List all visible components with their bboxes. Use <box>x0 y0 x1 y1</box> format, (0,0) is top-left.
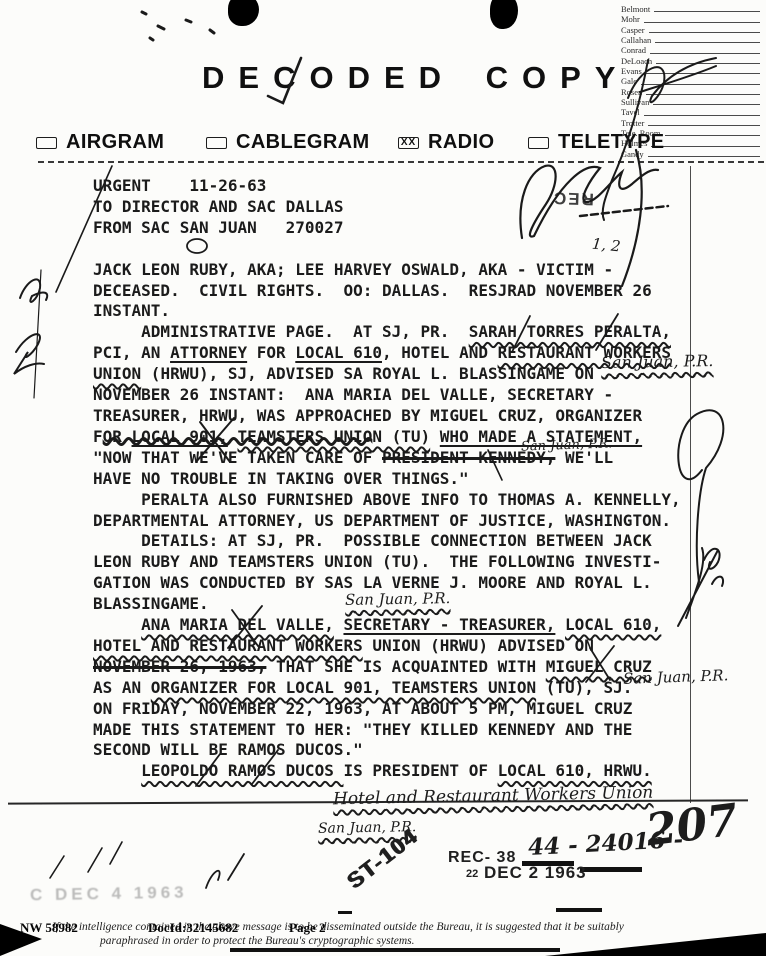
message-text: MADE THIS STATEMENT TO HER: "THEY KILLED… <box>93 720 632 739</box>
message-text: FOR <box>247 343 295 362</box>
message-text <box>228 427 238 446</box>
message-text <box>93 615 141 634</box>
distribution-fill-line <box>654 11 760 12</box>
date-received-year: 1963 <box>545 863 587 882</box>
black-corner-triangle <box>0 924 42 956</box>
form-type-radio: XXRADIO <box>398 131 494 154</box>
distribution-name: Conrad <box>621 45 646 55</box>
short-rule-artifact <box>556 908 602 912</box>
message-line: ADMINISTRATIVE PAGE. AT SJ, PR. SARAH TO… <box>93 322 697 343</box>
footer-notice-line1: If the intelligence contained in the abo… <box>52 921 624 933</box>
message-text-marked: TEAMSTERS UNION (TU) <box>238 427 431 446</box>
distribution-row: Evans <box>621 66 762 76</box>
message-text-marked: NOVEMBER 26, 1963, <box>93 657 266 676</box>
message-text: DEPARTMENTAL ATTORNEY, US DEPARTMENT OF … <box>93 511 671 530</box>
handwritten-san-juan-4: San Juan, P.R. <box>623 666 729 688</box>
distribution-row: Casper <box>621 25 762 35</box>
message-text: DETAILS: AT SJ, PR. POSSIBLE CONNECTION … <box>93 531 652 550</box>
message-text: THAT SHE IS ACQUAINTED WITH <box>266 657 545 676</box>
form-type-label: RADIO <box>428 131 494 154</box>
date-received-date: DEC 2 <box>484 863 539 882</box>
message-text <box>93 239 103 258</box>
message-text-marked: LOCAL 901, <box>132 427 228 446</box>
message-line: HOTEL AND RESTAURANT WORKERS UNION (HRWU… <box>93 636 697 657</box>
dashed-separator <box>38 161 764 163</box>
thick-rule-artifact <box>230 948 560 952</box>
hole-punch-mark <box>228 0 259 26</box>
distribution-name: Mohr <box>621 14 640 24</box>
distribution-fill-line <box>641 84 760 85</box>
message-text: SECOND WILL BE RAMOS DUCOS." <box>93 740 363 759</box>
message-text-marked: SARAH TORRES PERALTA, <box>469 322 671 341</box>
form-type-label: TELETYPE <box>558 131 665 154</box>
margin-line <box>34 270 41 398</box>
message-text <box>430 427 440 446</box>
nara-overlay-page: Page 2 <box>289 920 325 936</box>
date-received-day: 22 <box>466 868 478 880</box>
distribution-fill-line <box>655 42 760 43</box>
message-text: INSTANT. <box>93 301 170 320</box>
distribution-row: Mohr <box>621 14 762 24</box>
message-line: JACK LEON RUBY, AKA; LEE HARVEY OSWALD, … <box>93 260 697 281</box>
message-text: URGENT 11-26-63 <box>93 176 266 195</box>
message-line: MADE THIS STATEMENT TO HER: "THEY KILLED… <box>93 720 697 741</box>
distribution-fill-line <box>656 63 760 64</box>
checkbox-cablegram <box>206 137 227 149</box>
message-text-marked: NOW THAT WE'VE TAKEN CARE OF <box>103 448 373 467</box>
date-received-stamp: 22 DEC 2 1963 <box>466 863 587 883</box>
checkbox-airgram <box>36 137 57 149</box>
message-text-marked: UNION <box>93 364 141 383</box>
message-line: PERALTA ALSO FURNISHED ABOVE INFO TO THO… <box>93 490 697 511</box>
message-text: IS PRESIDENT OF <box>343 761 497 780</box>
nara-overlay-docid: DocId:32145682 <box>148 920 238 936</box>
message-text: NOVEMBER 26 INSTANT: ANA MARIA DEL VALLE… <box>93 385 613 404</box>
message-text: TO DIRECTOR AND SAC DALLAS <box>93 197 343 216</box>
message-text: UNION (HRWU) ADVISED ON <box>363 636 594 655</box>
message-line: URGENT 11-26-63 <box>93 176 697 197</box>
message-line: LEON RUBY AND TEAMSTERS UNION (TU). THE … <box>93 552 697 573</box>
message-text: FOR <box>93 427 132 446</box>
handwritten-underline-bar <box>580 867 642 872</box>
handwritten-san-juan-3: San Juan, P.R. <box>345 589 451 609</box>
distribution-name: Casper <box>621 25 645 35</box>
handwritten-page-marks: 1, 2 <box>591 235 621 256</box>
message-text: GATION WAS CONDUCTED BY SAS LA VERNE J. … <box>93 573 652 592</box>
message-line: INSTANT. <box>93 301 697 322</box>
margin-initials <box>14 334 44 374</box>
message-line: TREASURER, HRWU, WAS APPROACHED BY MIGUE… <box>93 406 697 427</box>
small-dash-artifact <box>338 911 352 914</box>
handwritten-squiggle <box>206 854 244 888</box>
message-text-marked: LOCAL 610 <box>295 343 382 362</box>
form-type-label: AIRGRAM <box>66 131 164 154</box>
message-body: URGENT 11-26-63TO DIRECTOR AND SAC DALLA… <box>93 176 697 782</box>
distribution-row: DeLoach <box>621 56 762 66</box>
decoded-copy-document: BelmontMohrCasperCallahanConradDeLoachEv… <box>0 0 766 956</box>
distribution-fill-line <box>653 104 760 105</box>
handwritten-union-name: Hotel and Restaurant Workers Union <box>333 783 654 810</box>
margin-initials <box>20 279 47 302</box>
message-text: PERALTA ALSO FURNISHED ABOVE INFO TO THO… <box>93 490 681 509</box>
message-line: AS AN ORGANIZER FOR LOCAL 901, TEAMSTERS… <box>93 678 697 699</box>
message-text: DECEASED. CIVIL RIGHTS. OO: DALLAS. RESJ… <box>93 281 652 300</box>
footer-notice-line2: paraphrased in order to protect the Bure… <box>100 935 415 947</box>
distribution-fill-line <box>646 73 760 74</box>
checkbox-teletype <box>528 137 549 149</box>
distribution-fill-line <box>648 156 760 157</box>
message-line: ANA MARIA DEL VALLE, SECRETARY - TREASUR… <box>93 615 697 636</box>
distribution-row: Conrad <box>621 45 762 55</box>
message-text: FROM SAC SAN JUAN 270027 <box>93 218 343 237</box>
message-text-marked: SECRETARY - TREASURER, <box>343 615 555 634</box>
distribution-name: Belmont <box>621 4 650 14</box>
distribution-row: Rosen <box>621 87 762 97</box>
message-text: " <box>93 448 103 467</box>
message-text: ADMINISTRATIVE PAGE. AT SJ, PR. <box>93 322 469 341</box>
message-text: JACK LEON RUBY, AKA; LEE HARVEY OSWALD, … <box>93 260 613 279</box>
distribution-row: Gale <box>621 76 762 86</box>
message-line: ON FRIDAY, NOVEMBER 22, 1963, AT ABOUT 5… <box>93 699 697 720</box>
distribution-name: Trotter <box>621 118 644 128</box>
faint-date-stamp: C DEC 4 1963 <box>30 883 188 906</box>
message-line: NOVEMBER 26 INSTANT: ANA MARIA DEL VALLE… <box>93 385 697 406</box>
distribution-fill-line <box>649 32 760 33</box>
distribution-row: Belmont <box>621 4 762 14</box>
ink-speck <box>142 12 214 40</box>
distribution-name: Sullivan <box>621 97 649 107</box>
message-text: BLASSINGAME. <box>93 594 209 613</box>
message-text: , HOTEL AND <box>382 343 498 362</box>
distribution-row: Callahan <box>621 35 762 45</box>
black-wedge-artifact <box>545 933 766 956</box>
distribution-fill-line <box>650 53 760 54</box>
message-text-marked: ANA MARIA DEL VALLE, <box>141 615 334 634</box>
message-text-marked: LOCAL 610, HRWU. <box>498 761 652 780</box>
distribution-name: Tavel <box>621 107 640 117</box>
page-title: DECODED COPY <box>202 60 629 96</box>
message-text: AS AN <box>93 678 151 697</box>
slash-mark <box>50 842 122 878</box>
message-text: LEON RUBY AND TEAMSTERS UNION (TU). THE … <box>93 552 661 571</box>
message-line: SECOND WILL BE RAMOS DUCOS." <box>93 740 697 761</box>
message-text <box>372 448 382 467</box>
distribution-row: Trotter <box>621 118 762 128</box>
message-text-marked: ORGANIZER FOR LOCAL 901, TEAMSTERS UNION <box>151 678 536 697</box>
distribution-name: Callahan <box>621 35 651 45</box>
message-text <box>555 615 565 634</box>
message-text-marked: LEOPOLDO RAMOS DUCOS <box>141 761 343 780</box>
message-line: DETAILS: AT SJ, PR. POSSIBLE CONNECTION … <box>93 531 697 552</box>
message-text-marked: ATTORNEY <box>170 343 247 362</box>
distribution-row: Sullivan <box>621 97 762 107</box>
form-type-teletype: TELETYPE <box>528 131 665 154</box>
message-line: NOVEMBER 26, 1963, THAT SHE IS ACQUAINTE… <box>93 657 697 678</box>
handwritten-san-juan-1: San Juan, P.R. <box>601 351 714 372</box>
message-line: DEPARTMENTAL ATTORNEY, US DEPARTMENT OF … <box>93 511 697 532</box>
message-text: (HRWU), SJ, ADVISED SA ROYAL L. BLASSING… <box>141 364 603 383</box>
hole-punch-mark <box>490 0 518 29</box>
message-text: (TU), SJ. <box>536 678 632 697</box>
message-text: HAVE NO TROUBLE IN TAKING OVER THINGS." <box>93 469 469 488</box>
handwritten-san-juan-2: San Juan, P.R. <box>521 436 613 454</box>
distribution-fill-line <box>648 125 760 126</box>
message-line: TO DIRECTOR AND SAC DALLAS <box>93 197 697 218</box>
distribution-fill-line <box>651 146 760 147</box>
form-type-airgram: AIRGRAM <box>36 131 164 154</box>
message-text: PCI, AN <box>93 343 170 362</box>
message-text: ON FRIDAY, NOVEMBER 22, 1963, AT ABOUT 5… <box>93 699 632 718</box>
distribution-fill-line <box>644 115 760 116</box>
distribution-row: Tavel <box>621 107 762 117</box>
message-text <box>93 761 141 780</box>
rec-stamp-upside-down: REC <box>552 187 595 208</box>
distribution-fill-line <box>646 94 760 95</box>
message-line: HAVE NO TROUBLE IN TAKING OVER THINGS." <box>93 469 697 490</box>
form-type-cablegram: CABLEGRAM <box>206 131 370 154</box>
handwritten-file-number-suffix: 207 <box>643 795 740 857</box>
message-line: LEOPOLDO RAMOS DUCOS IS PRESIDENT OF LOC… <box>93 761 697 782</box>
message-text: TREASURER, HRWU, WAS APPROACHED BY MIGUE… <box>93 406 642 425</box>
message-text-marked: HOTEL AND RESTAURANT WORKERS <box>93 636 363 655</box>
distribution-fill-line <box>665 135 760 136</box>
message-line: DECEASED. CIVIL RIGHTS. OO: DALLAS. RESJ… <box>93 281 697 302</box>
checkbox-radio: XX <box>398 137 419 149</box>
form-type-label: CABLEGRAM <box>236 131 370 154</box>
message-text-marked: LOCAL 610, <box>565 615 661 634</box>
distribution-fill-line <box>644 22 760 23</box>
